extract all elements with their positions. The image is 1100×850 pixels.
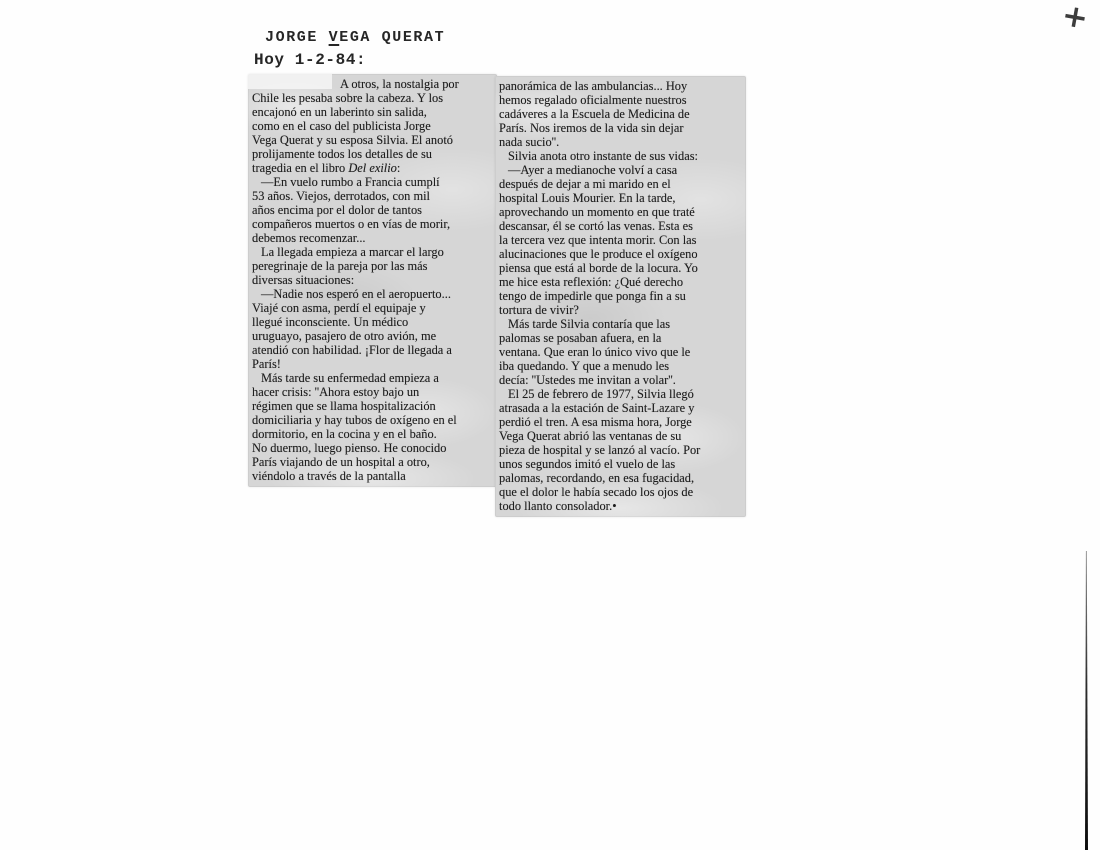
text-line: dormitorio, en la cocina y en el baño. — [252, 427, 497, 441]
text-line: unos segundos imitó el vuelo de las — [499, 457, 746, 471]
text-line: encajonó en un laberinto sin salida, — [252, 105, 497, 119]
text-line: alucinaciones que le produce el oxígeno — [499, 247, 746, 261]
text-line: 53 años. Viejos, derrotados, con mil — [252, 189, 497, 203]
text-line: descansar, él se cortó las venas. Esta e… — [499, 219, 746, 233]
text-line: uruguayo, pasajero de otro avión, me — [252, 329, 497, 343]
text-line: Chile les pesaba sobre la cabeza. Y los — [252, 91, 497, 105]
article-author-title: JORGE VEGA QUERAT — [265, 29, 445, 46]
newspaper-clipping-left-column: A otros, la nostalgia porChile les pesab… — [248, 74, 497, 487]
newspaper-clipping-right-column: panorámica de las ambulancias... Hoyhemo… — [495, 76, 746, 517]
text-line: París viajando de un hospital a otro, — [252, 455, 497, 469]
scanned-page: + JORGE VEGA QUERAT Hoy 1-2-84: A otros,… — [0, 0, 1100, 850]
text-line: nada sucio''. — [499, 135, 746, 149]
text-line: El 25 de febrero de 1977, Silvia llegó — [499, 387, 746, 401]
article-date: Hoy 1-2-84: — [254, 51, 366, 69]
text-line: No duermo, luego pienso. He conocido — [252, 441, 497, 455]
text-line: aprovechando un momento en que traté — [499, 205, 746, 219]
text-line: París! — [252, 357, 497, 371]
text-line: hacer crisis: ''Ahora estoy bajo un — [252, 385, 497, 399]
text-line: panorámica de las ambulancias... Hoy — [499, 79, 746, 93]
text-line: —En vuelo rumbo a Francia cumplí — [252, 175, 497, 189]
text-line: tengo de impedirle que ponga fin a su — [499, 289, 746, 303]
text-line: peregrinaje de la pareja por las más — [252, 259, 497, 273]
text-line: —Nadie nos esperó en el aeropuerto... — [252, 287, 497, 301]
text-line: cadáveres a la Escuela de Medicina de — [499, 107, 746, 121]
text-line: como en el caso del publicista Jorge — [252, 119, 497, 133]
text-line: diversas situaciones: — [252, 273, 497, 287]
text-line: domiciliaria y hay tubos de oxígeno en e… — [252, 413, 497, 427]
text-line: todo llanto consolador.• — [499, 499, 746, 513]
text-line: régimen que se llama hospitalización — [252, 399, 497, 413]
text-line: París. Nos iremos de la vida sin dejar — [499, 121, 746, 135]
text-line: Silvia anota otro instante de sus vidas: — [499, 149, 746, 163]
text-line: compañeros muertos o en vías de morir, — [252, 217, 497, 231]
text-line: llegué inconsciente. Un médico — [252, 315, 497, 329]
registration-cross-mark: + — [1060, 0, 1091, 35]
text-line: hemos regalado oficialmente nuestros — [499, 93, 746, 107]
text-line: La llegada empieza a marcar el largo — [252, 245, 497, 259]
text-line: Vega Querat y su esposa Silvia. El anotó — [252, 133, 497, 147]
text-line: piensa que está al borde de la locura. Y… — [499, 261, 746, 275]
text-line: Viajé con asma, perdí el equipaje y — [252, 301, 497, 315]
text-line: atendió con habilidad. ¡Flor de llegada … — [252, 343, 497, 357]
text-line: tortura de vivir? — [499, 303, 746, 317]
text-line: Vega Querat abrió las ventanas de su — [499, 429, 746, 443]
text-line: la tercera vez que intenta morir. Con la… — [499, 233, 746, 247]
text-line: palomas, recordando, en esa fugacidad, — [499, 471, 746, 485]
text-line: perdió el tren. A esa misma hora, Jorge — [499, 415, 746, 429]
text-line: pieza de hospital y se lanzó al vacío. P… — [499, 443, 746, 457]
text-line: Más tarde Silvia contaría que las — [499, 317, 746, 331]
scan-edge-line — [1085, 551, 1088, 850]
text-line: decía: ''Ustedes me invitan a volar''. — [499, 373, 746, 387]
text-line: años encima por el dolor de tantos — [252, 203, 497, 217]
text-line: tragedia en el libro Del exilio: — [252, 161, 497, 175]
text-line: palomas se posaban afuera, en la — [499, 331, 746, 345]
clipping-white-notch — [248, 74, 332, 89]
text-line: ventana. Que eran lo único vivo que le — [499, 345, 746, 359]
text-line: —Ayer a medianoche volví a casa — [499, 163, 746, 177]
text-line: después de dejar a mi marido en el — [499, 177, 746, 191]
text-line: viéndolo a través de la pantalla — [252, 469, 497, 483]
text-line: Más tarde su enfermedad empieza a — [252, 371, 497, 385]
text-line: debemos recomenzar... — [252, 231, 497, 245]
text-line: que el dolor le había secado los ojos de — [499, 485, 746, 499]
text-line: atrasada a la estación de Saint-Lazare y — [499, 401, 746, 415]
text-line: me hice esta reflexión: ¿Qué derecho — [499, 275, 746, 289]
text-line: iba quedando. Y que a menudo les — [499, 359, 746, 373]
text-line: hospital Louis Mourier. En la tarde, — [499, 191, 746, 205]
text-line: prolijamente todos los detalles de su — [252, 147, 497, 161]
